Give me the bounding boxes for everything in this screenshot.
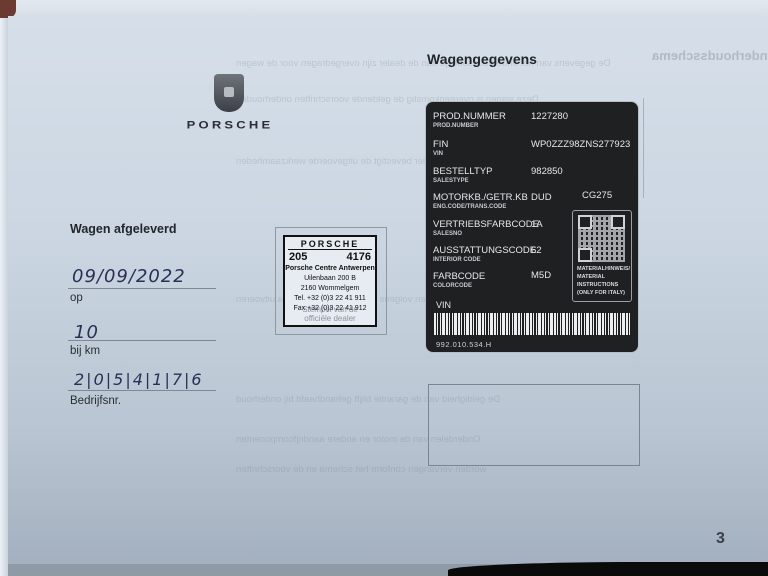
- empty-notes-box: [428, 384, 640, 466]
- row-subkey: SALESTYPE: [433, 177, 493, 185]
- dealer-number-label: Bedrijfsnr.: [70, 395, 121, 407]
- row-subkey: VIN: [433, 150, 448, 158]
- trans-code-value: CG275: [582, 190, 612, 201]
- stamp-tel: Tel. +32 (0)3 22 41 911: [285, 294, 375, 304]
- vin-barcode: [434, 313, 630, 335]
- row-key: AUSSTATTUNGSCODE: [433, 245, 536, 256]
- vin-value: WP0ZZZ98ZNS277923: [531, 139, 630, 150]
- stamp-caption: Stempel van de officiële dealer: [290, 305, 370, 323]
- row-key: VERTRIEBSFARBCODE: [433, 219, 539, 230]
- qr-caption-line: MATERIAL: [577, 273, 630, 281]
- page-number: 3: [716, 530, 725, 548]
- qr-caption: MATERIALHINWEIS/ MATERIAL INSTRUCTIONS (…: [577, 265, 630, 297]
- qr-caption-line: INSTRUCTIONS: [577, 281, 630, 289]
- qr-caption-line: (ONLY FOR ITALY): [577, 289, 630, 297]
- mileage-label: bij km: [70, 345, 100, 357]
- porsche-crest-icon: [214, 74, 244, 112]
- stamp-code-right: 4176: [347, 250, 371, 264]
- vehicle-data-title: Wagengegevens: [427, 51, 537, 67]
- salesno-value: 1A: [531, 219, 543, 230]
- qr-finder-icon: [578, 248, 592, 262]
- label-row-salesno: VERTRIEBSFARBCODE SALESNO: [433, 219, 539, 238]
- vin-barcode-label: VIN: [436, 300, 451, 310]
- delivery-date-line: [68, 288, 216, 289]
- color-code-value: M5D: [531, 270, 551, 281]
- salestype-value: 982850: [531, 166, 563, 177]
- stamp-code-left: 205: [289, 250, 307, 264]
- label-row-color: FARBCODE COLORCODE: [433, 271, 485, 290]
- page-fold-line: [643, 98, 644, 198]
- stamp-dealer-name: Porsche Centre Antwerpen: [285, 264, 375, 274]
- label-row-interior: AUSSTATTUNGSCODE INTERIOR CODE: [433, 245, 536, 264]
- delivery-date-label: op: [70, 292, 83, 304]
- delivery-date-value: 09/09/2022: [72, 266, 186, 287]
- row-key: FIN: [433, 139, 448, 150]
- row-subkey: INTERIOR CODE: [433, 256, 536, 264]
- stamp-city: 2160 Wommelgem: [285, 284, 375, 294]
- qr-finder-icon: [611, 215, 625, 229]
- row-subkey: SALESNO: [433, 230, 539, 238]
- label-row-engine-trans: MOTORKB./GETR.KB ENG.CODE/TRANS.CODE: [433, 192, 528, 211]
- delivery-section-title: Wagen afgeleverd: [70, 222, 177, 236]
- row-key: FARBCODE: [433, 271, 485, 282]
- dealer-number-value: 2|0|5|4|1|7|6: [74, 370, 204, 389]
- row-subkey: ENG.CODE/TRANS.CODE: [433, 203, 528, 211]
- material-qr-code[interactable]: MATERIALHINWEIS/ MATERIAL INSTRUCTIONS (…: [572, 210, 632, 302]
- row-key: MOTORKB./GETR.KB: [433, 192, 528, 203]
- row-subkey: COLORCODE: [433, 282, 485, 290]
- qr-caption-line: MATERIALHINWEIS/: [577, 265, 630, 273]
- row-key: PROD.NUMMER: [433, 111, 506, 122]
- qr-finder-icon: [578, 215, 592, 229]
- bleed-through-text: De gegevens van het onderhoudsboekje aan…: [236, 54, 610, 73]
- stamp-brand: PORSCHE: [288, 239, 372, 250]
- brand-wordmark: PORSCHE: [170, 118, 290, 131]
- row-subkey: PROD.NUMBER: [433, 122, 506, 130]
- vehicle-data-label: PROD.NUMMER PROD.NUMBER 1227280 FIN VIN …: [426, 102, 638, 352]
- prod-number-value: 1227280: [531, 111, 568, 122]
- label-row-vin: FIN VIN: [433, 139, 448, 158]
- row-key: BESTELLTYP: [433, 166, 493, 177]
- bleed-through-heading: Onderhoudsschema: [652, 48, 768, 63]
- book-edge: [0, 18, 8, 576]
- mileage-line: [68, 340, 216, 341]
- interior-code-value: 62: [531, 245, 542, 256]
- label-row-prod-number: PROD.NUMMER PROD.NUMBER: [433, 111, 506, 130]
- label-part-number: 992.010.534.H: [436, 340, 492, 349]
- engine-code-value: DUD: [531, 192, 552, 203]
- label-row-salestype: BESTELLTYP SALESTYPE: [433, 166, 493, 185]
- dealer-number-line: [68, 390, 216, 391]
- stamp-street: Uilenbaan 200 B: [285, 274, 375, 284]
- table-shadow: [448, 562, 768, 576]
